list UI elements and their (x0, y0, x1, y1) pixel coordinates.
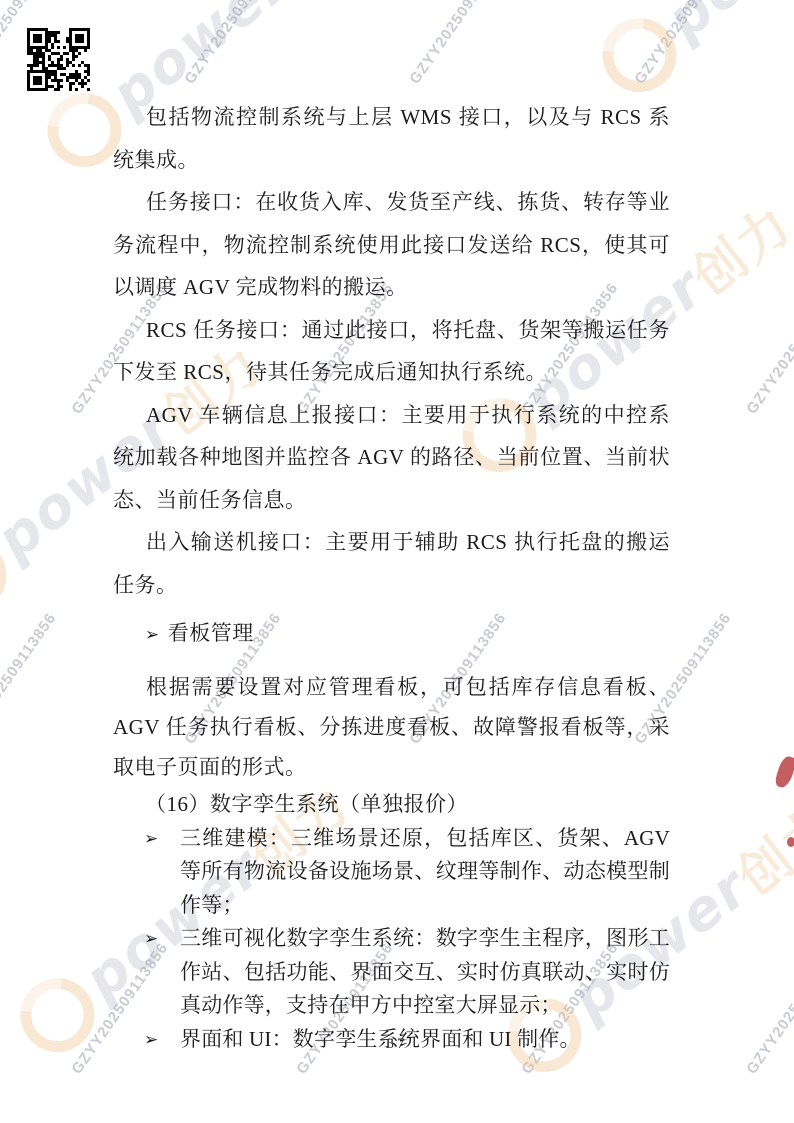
watermark-text: GZYY202509113856 (743, 280, 794, 418)
bullet-list: ➢ 三维建模：三维场景还原，包括库区、货架、AGV 等所有物流设备设施场景、纹理… (113, 822, 670, 1057)
list-item-text: 三维可视化数字孪生系统：数字孪生主程序，图形工作站、包括功能、界面交互、实时仿真… (180, 926, 670, 1017)
red-seal-fragment (787, 837, 794, 847)
watermark-text: GZYY202509113856 (743, 940, 794, 1078)
watermark-text: GZYY202509113856 (406, 0, 509, 87)
numbered-heading: （16）数字孪生系统（单独报价） (113, 787, 670, 822)
page-number: 37 (0, 1036, 794, 1053)
paragraph: 任务接口：在收货入库、发货至产线、拣货、转存等业务流程中，物流控制系统使用此接口… (113, 181, 670, 309)
watermark-text: GZYY202509113856 (631, 0, 734, 87)
qr-code (27, 28, 90, 91)
list-item: ➢ 三维建模：三维场景还原，包括库区、货架、AGV 等所有物流设备设施场景、纹理… (113, 822, 670, 923)
document-page: GZYY202509113856GZYY202509113856GZYY2025… (0, 0, 794, 1123)
paragraph: AGV 车辆信息上报接口：主要用于执行系统的中控系统加载各种地图并监控各 AGV… (113, 394, 670, 522)
watermark-text: GZYY202509113856 (0, 610, 60, 748)
list-item: ➢ 三维可视化数字孪生系统：数字孪生主程序，图形工作站、包括功能、界面交互、实时… (113, 922, 670, 1023)
red-seal-fragment (773, 754, 794, 789)
document-body: 包括物流控制系统与上层 WMS 接口，以及与 RCS 系统集成。 任务接口：在收… (113, 96, 670, 1056)
paragraph: RCS 任务接口：通过此接口，将托盘、货架等搬运任务下发至 RCS，待其任务完成… (113, 309, 670, 394)
paragraph: 包括物流控制系统与上层 WMS 接口，以及与 RCS 系统集成。 (113, 96, 670, 181)
watermark-text: GZYY202509113856 (181, 0, 284, 87)
paragraph: 根据需要设置对应管理看板，可包括库存信息看板、AGV 任务执行看板、分拣进度看板… (113, 667, 670, 787)
arrow-bullet-icon: ➢ (144, 822, 158, 856)
logo-ring-icon (0, 523, 21, 627)
arrow-bullet-icon: ➢ (144, 922, 158, 956)
arrow-bullet-icon: ➢ (145, 625, 160, 644)
list-item-text: 三维建模：三维场景还原，包括库区、货架、AGV 等所有物流设备设施场景、纹理等制… (180, 826, 670, 917)
logo-suffix: 创力 (719, 784, 794, 910)
paragraph: 出入输送机接口：主要用于辅助 RCS 执行托盘的搬运任务。 (113, 521, 670, 606)
watermark-logo: power创力 (587, 0, 794, 107)
section-header-board-management: ➢看板管理 (113, 612, 670, 657)
section-header-label: 看板管理 (168, 621, 254, 645)
logo-suffix: 创力 (259, 0, 390, 5)
logo-text: power (655, 0, 794, 53)
logo-suffix: 创力 (674, 184, 794, 310)
logo-ring-icon (587, 3, 691, 107)
